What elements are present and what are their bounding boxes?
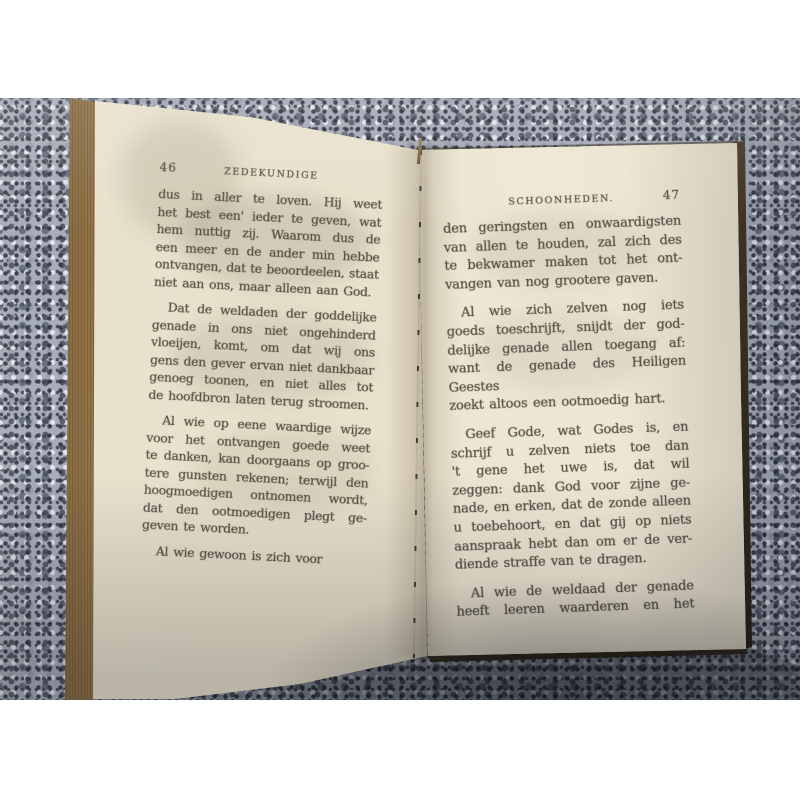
paragraph: Al wie op eene waardige wijzevoor het on… [142,411,372,544]
granite-surface: 46 ZEDEKUNDIGE dus in aller te loven. Hi… [0,98,800,700]
left-page-number: 46 [159,160,198,176]
right-running-title: SCHOONHEDEN. [480,192,642,209]
bottom-white-band [0,700,800,800]
right-page-text: SCHOONHEDEN. 47 den geringsten en onwaar… [442,188,695,623]
paragraph: Al wie zich zelven nog ietsgoeds toeschr… [446,297,688,417]
left-page-text: 46 ZEDEKUNDIGE dus in aller te loven. Hi… [141,160,384,569]
photo-canvas: 46 ZEDEKUNDIGE dus in aller te loven. Hi… [0,0,800,800]
header-spacer [442,206,480,207]
paragraph: den geringsten en onwaardigstenvan allen… [443,213,683,296]
right-page-body: den geringsten en onwaardigstenvan allen… [443,213,695,623]
paragraph: Dat de weldaden der goddelijkegenade in … [148,298,377,414]
left-page-body: dus in aller te loven. Hij weethet best … [141,185,383,569]
right-page-number: 47 [642,188,680,203]
header-spacer [345,180,383,182]
left-running-title: ZEDEKUNDIGE [197,165,345,183]
top-white-band [0,0,800,98]
paragraph: Geef Gode, wat Godes is, enschrijf u zel… [450,418,693,575]
paragraph: dus in aller te loven. Hij weethet best … [154,185,383,301]
